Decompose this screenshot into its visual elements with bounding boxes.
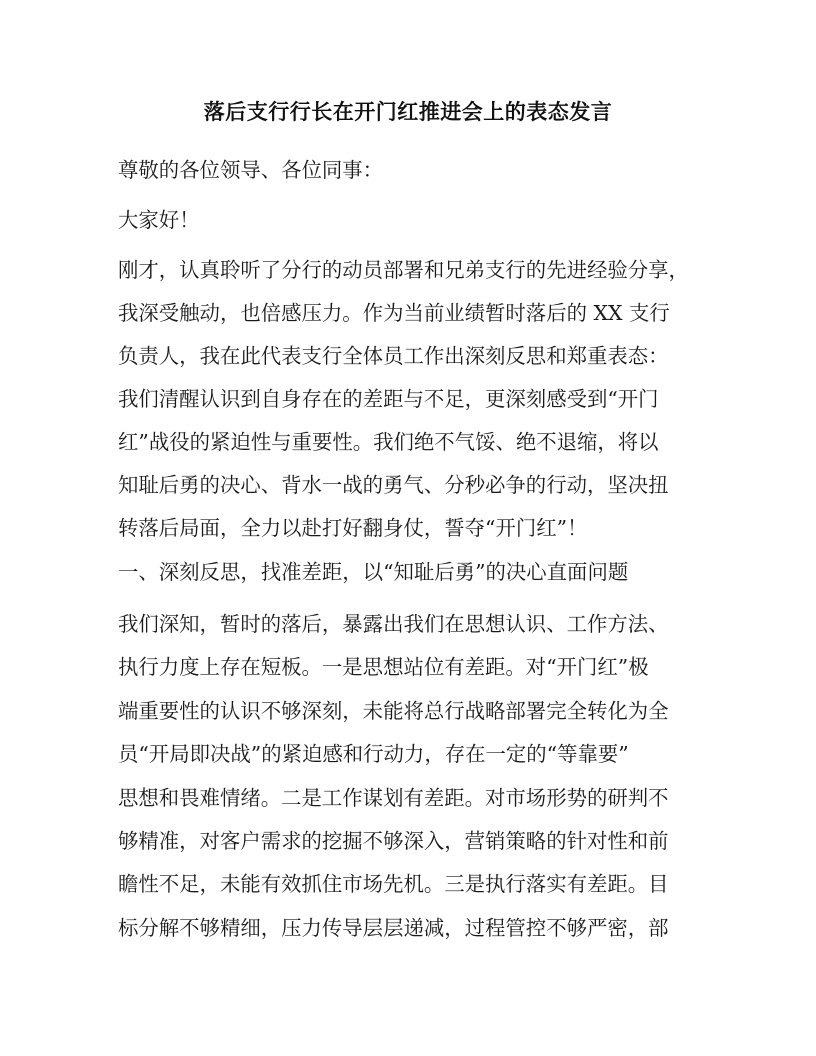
paragraph-line: 红”战役的紧迫性与重要性。我们绝不气馁、绝不退缩，将以	[118, 428, 659, 456]
paragraph-line: 端重要性的认识不够深刻，未能将总行战略部署完全转化为全	[118, 697, 669, 725]
paragraph-line: 我们深知，暂时的落后，暴露出我们在思想认识、工作方法、	[118, 610, 669, 638]
paragraph-line: 知耻后勇的决心、背水一战的勇气、分秒必争的行动，坚决扭	[118, 471, 669, 499]
paragraph-line: 刚才，认真聆听了分行的动员部署和兄弟支行的先进经验分享，	[118, 256, 689, 284]
greeting: 大家好！	[118, 206, 200, 234]
paragraph-line: 标分解不够精细，压力传导层层递减，过程管控不够严密，部	[118, 914, 669, 942]
paragraph-line: 思想和畏难情绪。二是工作谋划有差距。对市场形势的研判不	[118, 784, 669, 812]
paragraph-line: 员“开局即决战”的紧迫感和行动力，存在一定的“等靠要”	[118, 740, 629, 768]
document-title: 落后支行行长在开门红推进会上的表态发言	[0, 98, 816, 126]
paragraph-line: 瞻性不足，未能有效抓住市场先机。三是执行落实有差距。目	[118, 870, 669, 898]
paragraph-line: 我深受触动，也倍感压力。作为当前业绩暂时落后的 XX 支行	[118, 299, 670, 327]
paragraph-line: 够精准，对客户需求的挖掘不够深入，营销策略的针对性和前	[118, 827, 669, 855]
paragraph-line: 转落后局面，全力以赴打好翻身仗，誓夺“开门红”！	[118, 514, 587, 542]
paragraph-line: 我们清醒认识到自身存在的差距与不足，更深刻感受到“开门	[118, 385, 659, 413]
document-page: 落后支行行长在开门红推进会上的表态发言 尊敬的各位领导、各位同事： 大家好！ 刚…	[0, 0, 816, 1056]
salutation: 尊敬的各位领导、各位同事：	[118, 156, 383, 184]
paragraph-line: 负责人，我在此代表支行全体员工作出深刻反思和郑重表态：	[118, 342, 669, 370]
section-heading: 一、深刻反思，找准差距，以“知耻后勇”的决心直面问题	[118, 558, 628, 586]
paragraph-line: 执行力度上存在短板。一是思想站位有差距。对“开门红”极	[118, 653, 649, 681]
